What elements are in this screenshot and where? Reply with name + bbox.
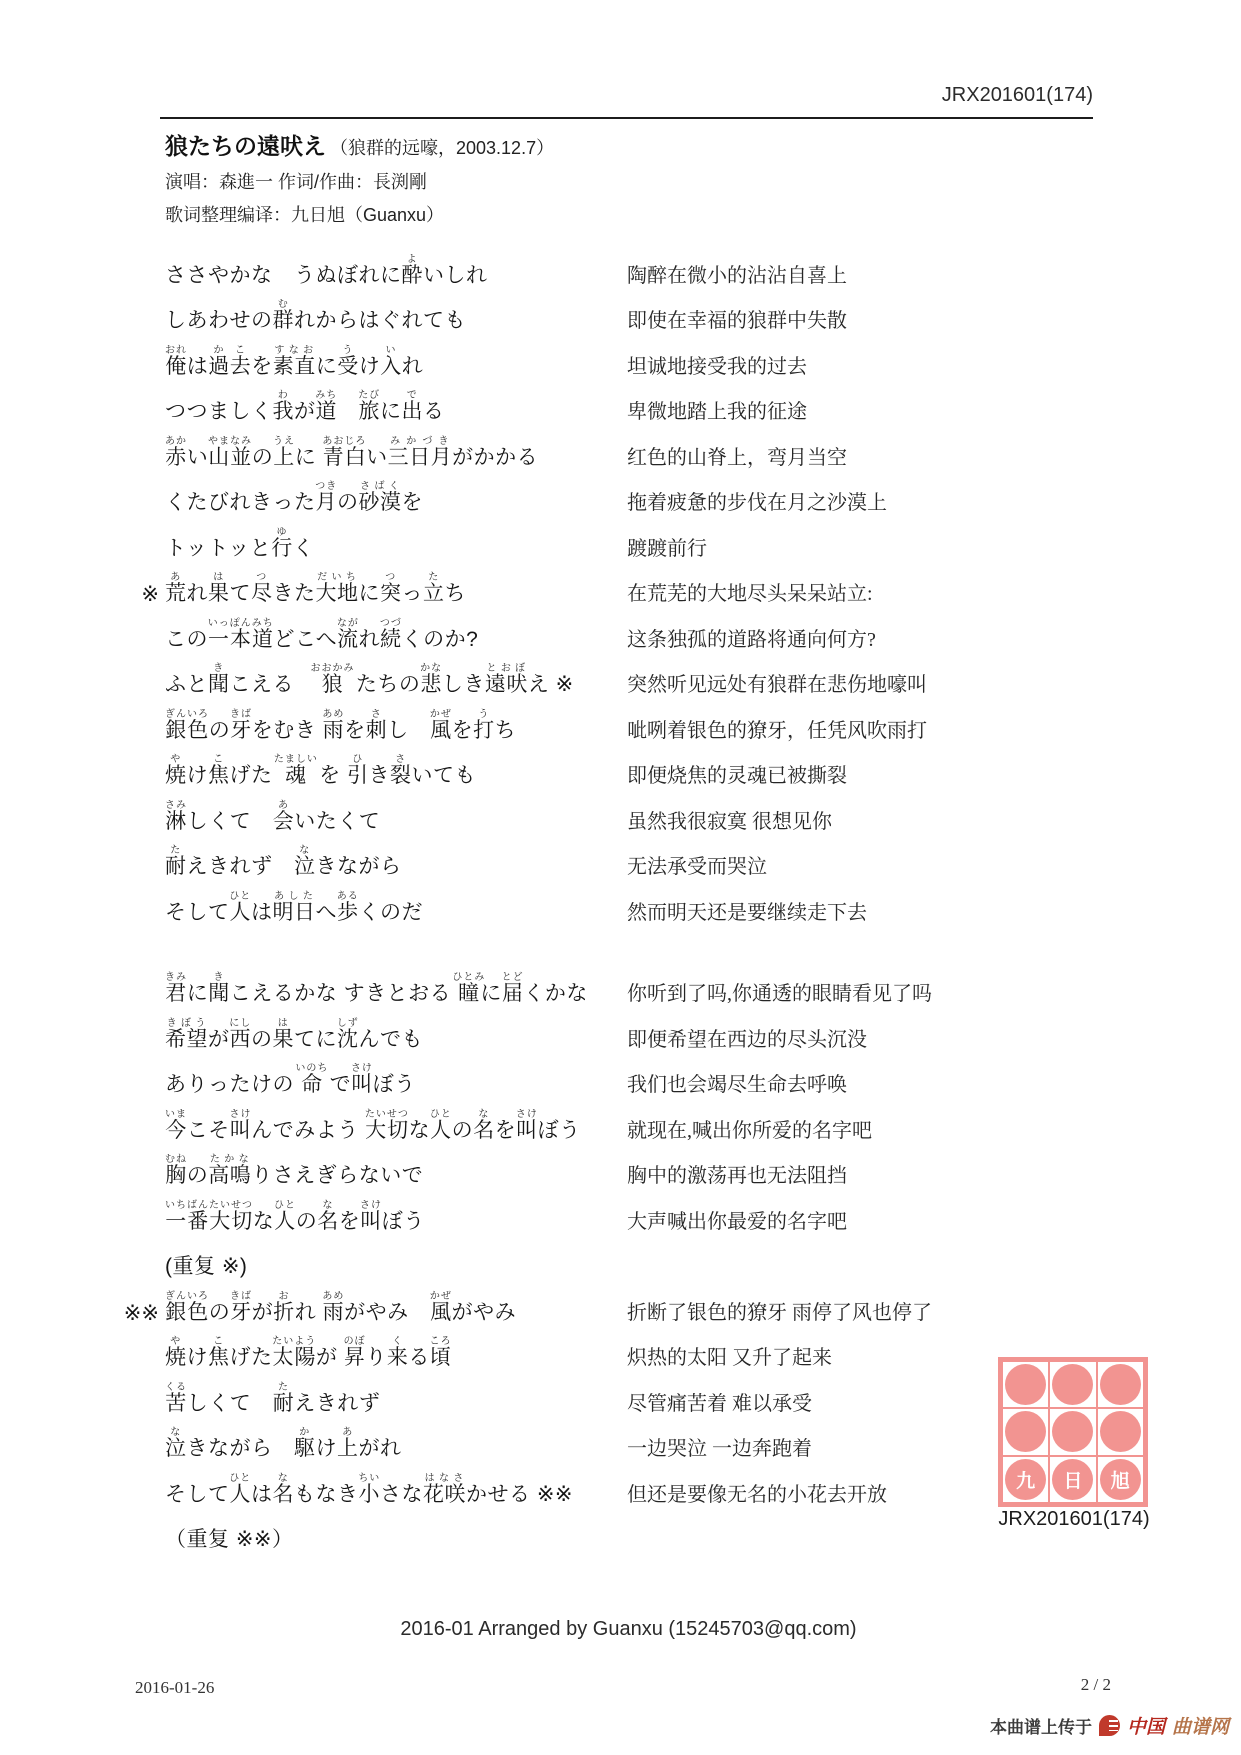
furigana-ruby: 人ひと	[230, 901, 252, 924]
furigana-ruby: 流なが	[337, 628, 359, 651]
chinese-translation: 虽然我很寂寞 很想见你	[627, 805, 832, 835]
furigana-ruby: 風かぜ	[430, 1301, 452, 1324]
japanese-lyric: そして人ひとは名なもなき小ちいさな花咲はなさかせる ※※	[165, 1473, 627, 1508]
furigana-ruby: 悲かな	[420, 673, 442, 696]
furigana-ruby: 風かぜ	[430, 719, 452, 742]
furigana-ruby: 牙きば	[230, 719, 252, 742]
furigana-ruby: 月つき	[316, 491, 338, 514]
furigana-ruby: 聞き	[208, 982, 230, 1005]
page-title: 狼たちの遠吠え	[165, 133, 326, 159]
japanese-lyric: (重复 ※)	[165, 1250, 627, 1280]
furigana-ruby: 太陽たいよう	[273, 1346, 317, 1369]
furigana-ruby: 叫さけ	[360, 1210, 382, 1233]
japanese-lyric: 焼やけ焦こげた 魂たましい を 引ひき裂さいても	[165, 754, 627, 789]
lyric-row: ※荒あれ果はて尽つきた大地だいちに突つっ立たち在荒芜的大地尽头呆呆站立:	[165, 562, 1215, 608]
furigana-ruby: 果は	[208, 582, 230, 605]
japanese-lyric: ありったけの 命いのち で叫さけぼう	[165, 1063, 627, 1098]
furigana-ruby: 赤あか	[165, 446, 187, 469]
lyrics-section: ささやかな うぬぼれに酔よいしれ陶醉在微小的沾沾自喜上しあわせの群むれからはぐれ…	[165, 243, 1215, 926]
chinese-translation: 拖着疲惫的步伐在月之沙漠上	[627, 486, 887, 516]
furigana-ruby: 裂さ	[390, 764, 412, 787]
chinese-translation: 红色的山脊上，弯月当空	[627, 441, 847, 471]
furigana-ruby: 我わ	[273, 400, 295, 423]
lyric-row: ささやかな うぬぼれに酔よいしれ陶醉在微小的沾沾自喜上	[165, 243, 1215, 289]
japanese-lyric: 希望きぼうが西にしの果はてに沈しずんでも	[165, 1018, 627, 1053]
japanese-lyric: 泣なきながら 駆かけ上あがれ	[165, 1427, 627, 1462]
lyric-row: 泣なきながら 駆かけ上あがれ一边哭泣 一边奔跑着	[165, 1417, 1215, 1463]
furigana-ruby: 希望きぼう	[165, 1028, 208, 1051]
lyric-row: 苦くるしくて 耐たえきれず尽管痛苦着 难以承受	[165, 1371, 1215, 1417]
japanese-lyric: 赤あかい山並やまなみの上うえに 青白あおじろい三日月みかづきがかかる	[165, 436, 627, 471]
japanese-lyric: この一本道いっぽんみちどこへ流ながれ続つづくのか?	[165, 618, 627, 653]
furigana-ruby: 歩ある	[337, 901, 359, 924]
japanese-lyric: ふと聞きこえる 狼おおかみ たちの悲かなしき遠吠とおぼえ ※	[165, 663, 627, 698]
furigana-ruby: 酔よ	[402, 264, 424, 287]
furigana-ruby: 叫さけ	[230, 1119, 252, 1142]
furigana-ruby: 突つ	[380, 582, 402, 605]
furigana-ruby: 苦くる	[165, 1392, 187, 1415]
furigana-ruby: 高鳴たかな	[208, 1164, 251, 1187]
furigana-ruby: 淋さみ	[165, 810, 187, 833]
chinese-translation: 踱踱前行	[627, 532, 707, 562]
furigana-ruby: 引ひ	[347, 764, 369, 787]
japanese-lyric: 胸むねの高鳴たかなりさえぎらないで	[165, 1154, 627, 1189]
furigana-ruby: 続つづ	[380, 628, 402, 651]
chinese-translation: 我们也会竭尽生命去呼唤	[627, 1068, 847, 1098]
furigana-ruby: 来く	[387, 1346, 409, 1369]
furigana-ruby: 頃ころ	[430, 1346, 452, 1369]
furigana-ruby: 荒あ	[165, 582, 187, 605]
furigana-ruby: 上うえ	[273, 446, 295, 469]
furigana-ruby: 泣な	[294, 855, 316, 878]
furigana-ruby: 受う	[337, 355, 359, 378]
furigana-ruby: 雨あめ	[323, 719, 345, 742]
chinese-translation: 陶醉在微小的沾沾自喜上	[627, 259, 847, 289]
furigana-ruby: 名な	[273, 1483, 295, 1506]
repeat-marker: ※※	[124, 1301, 159, 1326]
lyric-row: 焼やけ焦こげた太陽たいようが 昇のぼり来くる頃ころ炽热的太阳 又升了起来	[165, 1326, 1215, 1372]
lyric-row: そして人ひとは名なもなき小ちいさな花咲はなさかせる ※※但还是要像无名的小花去开…	[165, 1462, 1215, 1508]
japanese-lyric: つつましく我わが道みち 旅たびに出でる	[165, 390, 627, 425]
lyric-row: ふと聞きこえる 狼おおかみ たちの悲かなしき遠吠とおぼえ ※突然听见远处有狼群在…	[165, 653, 1215, 699]
japanese-lyric: ささやかな うぬぼれに酔よいしれ	[165, 254, 627, 289]
site-logo-icon	[1099, 1715, 1120, 1736]
repeat-marker: ※	[141, 582, 159, 607]
lyric-row: 胸むねの高鳴たかなりさえぎらないで胸中的激荡再也无法阻挡	[165, 1144, 1215, 1190]
furigana-ruby: 瞳ひとみ	[457, 982, 480, 1005]
chinese-translation: 但还是要像无名的小花去开放	[627, 1478, 887, 1508]
furigana-ruby: 立た	[423, 582, 445, 605]
chinese-translation: 即便希望在西边的尽头沉没	[627, 1023, 867, 1053]
lyric-row: 赤あかい山並やまなみの上うえに 青白あおじろい三日月みかづきがかかる红色的山脊上…	[165, 425, 1215, 471]
furigana-ruby: 命いのち	[300, 1073, 323, 1096]
chinese-translation: 坦诚地接受我的过去	[627, 350, 807, 380]
lyrics-body: ささやかな うぬぼれに酔よいしれ陶醉在微小的沾沾自喜上しあわせの群むれからはぐれ…	[165, 243, 1215, 1553]
lyric-row: 一番大切いちばんたいせつな人ひとの名なを叫さけぼう大声喊出你最爱的名字吧	[165, 1189, 1215, 1235]
lyric-row: つつましく我わが道みち 旅たびに出でる卑微地踏上我的征途	[165, 380, 1215, 426]
furigana-ruby: 小ちい	[359, 1483, 381, 1506]
japanese-lyric: 淋さみしくて 会あいたくて	[165, 800, 627, 835]
chinese-translation: 在荒芜的大地尽头呆呆站立:	[627, 577, 873, 607]
lyric-row: 希望きぼうが西にしの果はてに沈しずんでも即便希望在西边的尽头沉没	[165, 1007, 1215, 1053]
chinese-translation: 然而明天还是要继续走下去	[627, 896, 867, 926]
furigana-ruby: 昇のぼ	[344, 1346, 366, 1369]
furigana-ruby: 焼や	[165, 764, 187, 787]
furigana-ruby: 人ひと	[230, 1483, 252, 1506]
furigana-ruby: 尽つ	[251, 582, 273, 605]
furigana-ruby: 俺おれ	[165, 355, 187, 378]
chinese-translation: 突然听见远处有狼群在悲伤地嚎叫	[627, 668, 927, 698]
japanese-lyric: しあわせの群むれからはぐれても	[165, 299, 627, 334]
page-number: 2 / 2	[1081, 1675, 1111, 1695]
watermark-site-name-red: 中国	[1127, 1712, 1165, 1739]
furigana-ruby: 耐た	[273, 1392, 295, 1415]
japanese-lyric: 今いまこそ叫さけんでみよう 大切たいせつな人ひとの名なを叫さけぼう	[165, 1109, 627, 1144]
lyric-row: 焼やけ焦こげた 魂たましい を 引ひき裂さいても即便烧焦的灵魂已被撕裂	[165, 744, 1215, 790]
arranged-by-line: 2016-01 Arranged by Guanxu (15245703@qq.…	[162, 1618, 1095, 1641]
chinese-translation: 无法承受而哭泣	[627, 850, 767, 880]
lyric-row: ありったけの 命いのち で叫さけぼう我们也会竭尽生命去呼唤	[165, 1053, 1215, 1099]
furigana-ruby: 道みち	[316, 400, 338, 423]
furigana-ruby: 聞き	[208, 673, 230, 696]
furigana-ruby: 駆か	[294, 1437, 316, 1460]
lyric-row: しあわせの群むれからはぐれても即使在幸福的狼群中失散	[165, 289, 1215, 335]
furigana-ruby: 刺さ	[366, 719, 388, 742]
title-block: 狼たちの遠吠え（狼群的远嚎，2003.12.7） 演唱：森進一 作词/作曲：長渕…	[165, 128, 554, 228]
japanese-lyric: そして人ひとは明日あしたへ歩あるくのだ	[165, 891, 627, 926]
furigana-ruby: 胸むね	[165, 1164, 187, 1187]
chinese-translation: 卑微地踏上我的征途	[627, 395, 807, 425]
furigana-ruby: 泣な	[165, 1437, 187, 1460]
furigana-ruby: 明日あした	[273, 901, 316, 924]
chinese-translation: 炽热的太阳 又升了起来	[627, 1341, 832, 1371]
furigana-ruby: 折お	[273, 1301, 295, 1324]
furigana-ruby: 魂たましい	[279, 764, 313, 787]
chinese-translation: 胸中的激荡再也无法阻挡	[627, 1159, 847, 1189]
furigana-ruby: 花咲はなさ	[423, 1483, 466, 1506]
furigana-ruby: 出で	[402, 400, 424, 423]
chinese-translation: 呲咧着银色的獠牙，任凭风吹雨打	[627, 714, 927, 744]
lyric-row: そして人ひとは明日あしたへ歩あるくのだ然而明天还是要继续走下去	[165, 880, 1215, 926]
furigana-ruby: 一番大切いちばんたいせつ	[165, 1210, 253, 1233]
japanese-lyric: 銀色ぎんいろの牙きばが折おれ 雨あめがやみ 風かぜがやみ	[165, 1291, 627, 1326]
lyrics-section: 君きみに聞きこえるかな すきとおる 瞳ひとみに届とどくかな你听到了吗,你通透的眼…	[165, 962, 1215, 1554]
lyric-row: この一本道いっぽんみちどこへ流ながれ続つづくのか?这条独孤的道路将通向何方?	[165, 607, 1215, 653]
lyric-row: (重复 ※)	[165, 1235, 1215, 1281]
watermark-site-name-tan: 曲谱网	[1172, 1712, 1229, 1739]
furigana-ruby: 叫さけ	[516, 1119, 538, 1142]
furigana-ruby: 会あ	[273, 810, 295, 833]
furigana-ruby: 一本道いっぽんみち	[208, 628, 274, 651]
lyrics-sheet-page: JRX201601(174) 狼たちの遠吠え（狼群的远嚎，2003.12.7） …	[0, 0, 1241, 1755]
japanese-lyric: （重复 ※※）	[165, 1523, 627, 1553]
furigana-ruby: 焦こ	[208, 1346, 230, 1369]
furigana-ruby: 焼や	[165, 1346, 187, 1369]
japanese-lyric: 荒あれ果はて尽つきた大地だいちに突つっ立たち	[165, 572, 627, 607]
furigana-ruby: 人ひと	[430, 1119, 452, 1142]
furigana-ruby: 山並やまなみ	[208, 446, 252, 469]
furigana-ruby: 銀色ぎんいろ	[165, 719, 209, 742]
lyric-row: トットッと行ゆく踱踱前行	[165, 516, 1215, 562]
furigana-ruby: 今いま	[165, 1119, 187, 1142]
furigana-ruby: 青白あおじろ	[323, 446, 367, 469]
furigana-ruby: 君きみ	[165, 982, 187, 1005]
chinese-translation: 大声喊出你最爱的名字吧	[627, 1205, 847, 1235]
furigana-ruby: 名な	[473, 1119, 495, 1142]
furigana-ruby: 沈しず	[337, 1028, 359, 1051]
furigana-ruby: 遠吠とおぼ	[485, 673, 528, 696]
japanese-lyric: 焼やけ焦こげた太陽たいようが 昇のぼり来くる頃ころ	[165, 1336, 627, 1371]
furigana-ruby: 大地だいち	[316, 582, 359, 605]
chinese-translation: 折断了银色的獠牙 雨停了风也停了	[627, 1296, 932, 1326]
chinese-translation: 就现在,喊出你所爱的名字吧	[627, 1114, 872, 1144]
chinese-translation: 你听到了吗,你通透的眼睛看见了吗	[627, 977, 932, 1007]
furigana-ruby: 西にし	[230, 1028, 252, 1051]
japanese-lyric: 耐たえきれず 泣なきながら	[165, 845, 627, 880]
japanese-lyric: 苦くるしくて 耐たえきれず	[165, 1382, 627, 1417]
chinese-translation: 尽管痛苦着 难以承受	[627, 1387, 812, 1417]
furigana-ruby: 叫さけ	[351, 1073, 373, 1096]
header-rule	[160, 117, 1093, 119]
lyric-row: 君きみに聞きこえるかな すきとおる 瞳ひとみに届とどくかな你听到了吗,你通透的眼…	[165, 962, 1215, 1008]
meta-singer-composer: 演唱：森進一 作词/作曲：長渕剛	[165, 170, 554, 194]
lyric-row: 銀色ぎんいろの牙きばをむき 雨あめを刺さし 風かぜを打うち呲咧着银色的獠牙，任凭…	[165, 698, 1215, 744]
furigana-ruby: 砂漠さばく	[359, 491, 402, 514]
chinese-translation: 一边哭泣 一边奔跑着	[627, 1432, 812, 1462]
furigana-ruby: 届とど	[502, 982, 524, 1005]
page-title-note: （狼群的远嚎，2003.12.7）	[330, 138, 554, 158]
furigana-ruby: 耐た	[165, 855, 187, 878]
stamp-code: JRX201601(174)	[998, 1508, 1150, 1531]
furigana-ruby: 大切たいせつ	[365, 1119, 409, 1142]
watermark-prefix: 本曲谱上传于	[990, 1713, 1092, 1738]
lyric-row: 耐たえきれず 泣なきながら无法承受而哭泣	[165, 835, 1215, 881]
lyric-row: 今いまこそ叫さけんでみよう 大切たいせつな人ひとの名なを叫さけぼう就现在,喊出你…	[165, 1098, 1215, 1144]
footer-date: 2016-01-26	[135, 1678, 214, 1698]
furigana-ruby: 狼おおかみ	[316, 673, 350, 696]
japanese-lyric: 銀色ぎんいろの牙きばをむき 雨あめを刺さし 風かぜを打うち	[165, 709, 627, 744]
furigana-ruby: 雨あめ	[323, 1301, 345, 1324]
furigana-ruby: 素直すなお	[273, 355, 316, 378]
furigana-ruby: 過去かこ	[208, 355, 251, 378]
chinese-translation: 这条独孤的道路将通向何方?	[627, 623, 876, 653]
furigana-ruby: 行ゆ	[271, 537, 293, 560]
furigana-ruby: 人ひと	[274, 1210, 296, 1233]
lyric-row: 淋さみしくて 会あいたくて虽然我很寂寞 很想见你	[165, 789, 1215, 835]
furigana-ruby: 牙きば	[230, 1301, 252, 1324]
japanese-lyric: 君きみに聞きこえるかな すきとおる 瞳ひとみに届とどくかな	[165, 972, 627, 1007]
chinese-translation: 即使在幸福的狼群中失散	[627, 304, 847, 334]
doc-code: JRX201601(174)	[942, 84, 1093, 107]
furigana-ruby: 三日月みかづき	[388, 446, 453, 469]
japanese-lyric: トットッと行ゆく	[165, 527, 627, 562]
lyric-row: くたびれきった月つきの砂漠さばくを拖着疲惫的步伐在月之沙漠上	[165, 471, 1215, 517]
furigana-ruby: 群む	[273, 309, 295, 332]
meta-editor: 歌词整理编译：九日旭（Guanxu）	[165, 203, 554, 227]
furigana-ruby: 打う	[473, 719, 495, 742]
furigana-ruby: 銀色ぎんいろ	[165, 1301, 209, 1324]
furigana-ruby: 入い	[380, 355, 402, 378]
japanese-lyric: 一番大切いちばんたいせつな人ひとの名なを叫さけぼう	[165, 1200, 627, 1235]
furigana-ruby: 名な	[317, 1210, 339, 1233]
japanese-lyric: くたびれきった月つきの砂漠さばくを	[165, 481, 627, 516]
furigana-ruby: 焦こ	[208, 764, 230, 787]
lyric-row: 俺おれは過去かこを素直すなおに受うけ入いれ坦诚地接受我的过去	[165, 334, 1215, 380]
japanese-lyric: 俺おれは過去かこを素直すなおに受うけ入いれ	[165, 345, 627, 380]
furigana-ruby: 上あ	[337, 1437, 359, 1460]
site-watermark: 本曲谱上传于 中国曲谱网	[990, 1712, 1229, 1739]
lyric-row: ※※銀色ぎんいろの牙きばが折おれ 雨あめがやみ 風かぜがやみ折断了银色的獠牙 雨…	[165, 1280, 1215, 1326]
furigana-ruby: 旅たび	[359, 400, 381, 423]
chinese-translation: 即便烧焦的灵魂已被撕裂	[627, 759, 847, 789]
furigana-ruby: 果は	[273, 1028, 295, 1051]
